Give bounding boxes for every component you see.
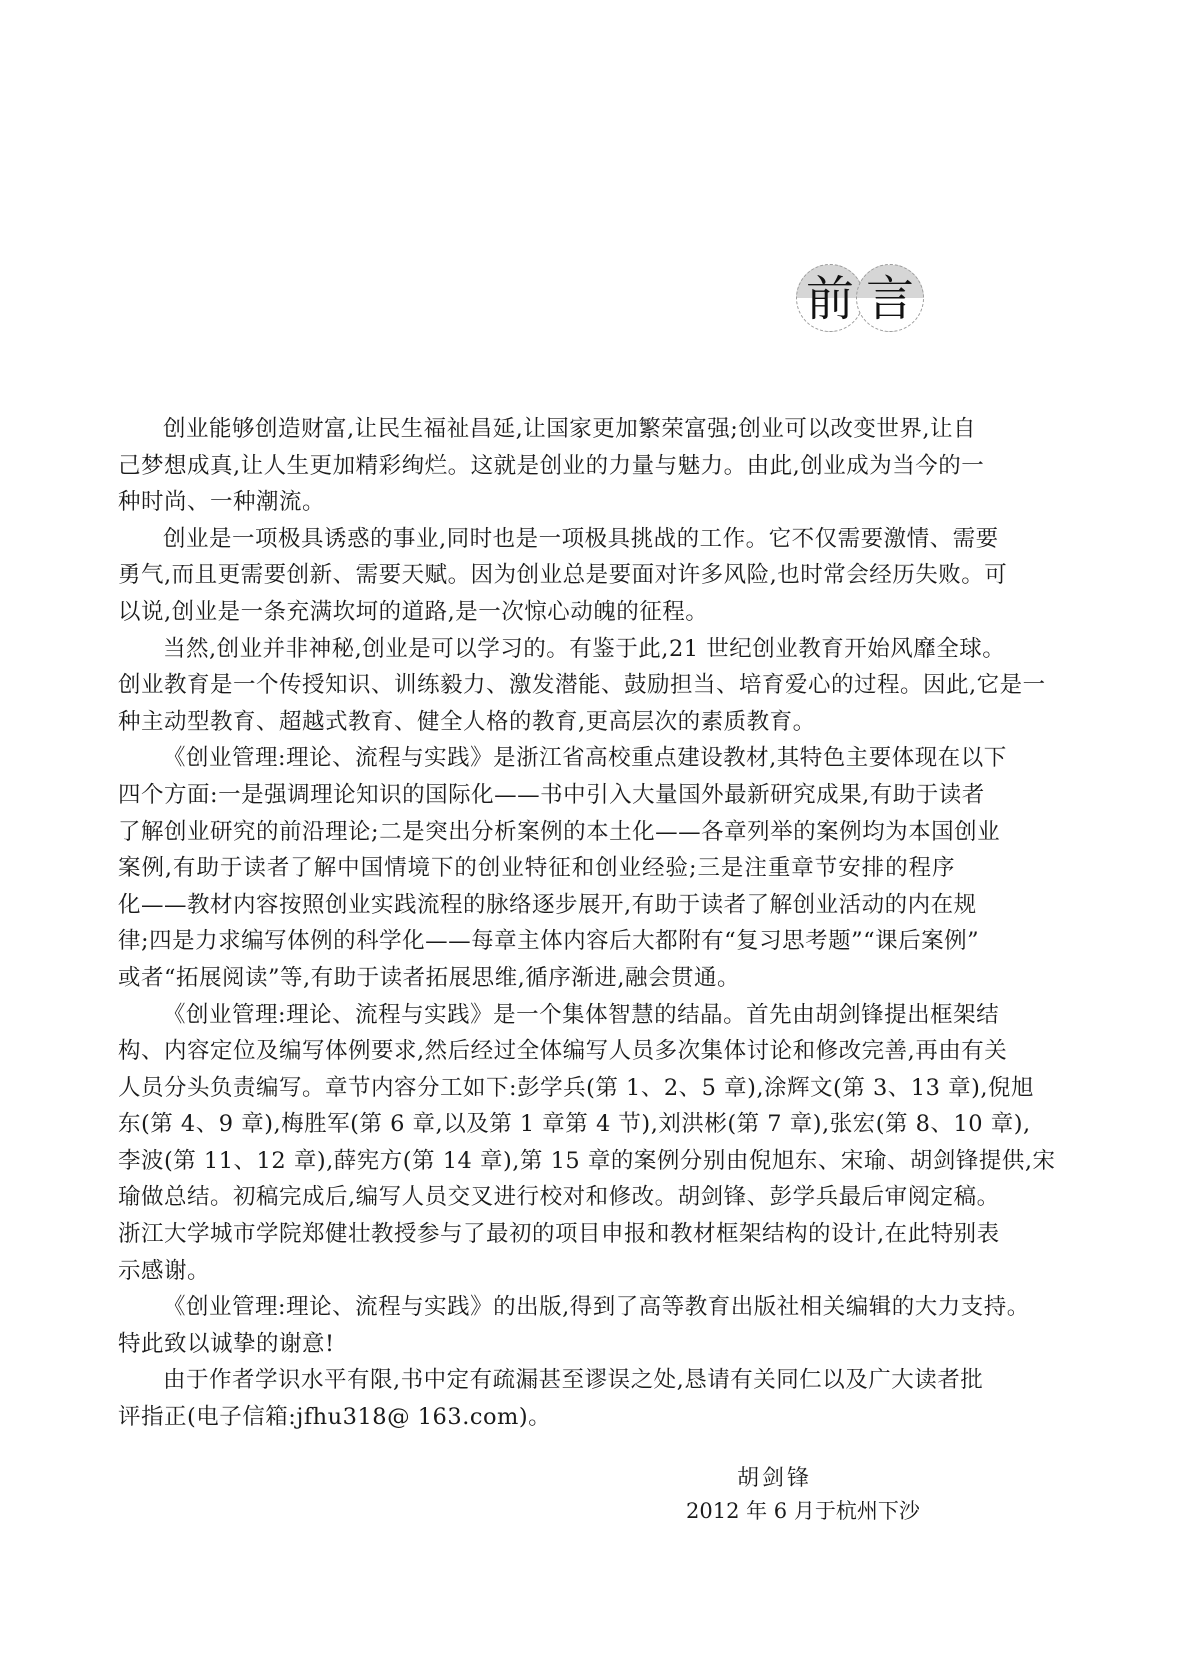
paragraph: 创业是一项极具诱惑的事业,同时也是一项极具挑战的工作。它不仅需要激情、需要 勇气… [118, 521, 955, 631]
text-line: 化——教材内容按照创业实践流程的脉络逐步展开,有助于读者了解创业活动的内在规 [118, 887, 955, 924]
text-line: 《创业管理:理论、流程与实践》是一个集体智慧的结晶。首先由胡剑锋提出框架结 [118, 997, 955, 1034]
text-line: 东(第 4、9 章),梅胜军(第 6 章,以及第 1 章第 4 节),刘洪彬(第… [118, 1106, 955, 1143]
preface-body: 创业能够创造财富,让民生福祉昌延,让国家更加繁荣富强;创业可以改变世界,让自 己… [118, 411, 955, 1436]
text-line: 浙江大学城市学院郑健壮教授参与了最初的项目申报和教材框架结构的设计,在此特别表 [118, 1216, 955, 1253]
text-line: 以说,创业是一条充满坎坷的道路,是一次惊心动魄的征程。 [118, 594, 955, 631]
text-line: 《创业管理:理论、流程与实践》是浙江省高校重点建设教材,其特色主要体现在以下 [118, 740, 955, 777]
text-line: 由于作者学识水平有限,书中定有疏漏甚至谬误之处,恳请有关同仁以及广大读者批 [118, 1362, 955, 1399]
title-char-circle: 前 [796, 264, 864, 332]
title-char: 言 [857, 271, 923, 327]
text-line: 构、内容定位及编写体例要求,然后经过全体编写人员多次集体讨论和修改完善,再由有关 [118, 1033, 955, 1070]
text-line: 四个方面:一是强调理论知识的国际化——书中引入大量国外最新研究成果,有助于读者 [118, 777, 955, 814]
paragraph: 《创业管理:理论、流程与实践》的出版,得到了高等教育出版社相关编辑的大力支持。 … [118, 1289, 955, 1362]
text-line: 了解创业研究的前沿理论;二是突出分析案例的本土化——各章列举的案例均为本国创业 [118, 814, 955, 851]
author-name: 胡剑锋 [737, 1461, 812, 1492]
text-line: 创业是一项极具诱惑的事业,同时也是一项极具挑战的工作。它不仅需要激情、需要 [118, 521, 955, 558]
text-line: 或者“拓展阅读”等,有助于读者拓展思维,循序渐进,融会贯通。 [118, 960, 955, 997]
text-line: 创业教育是一个传授知识、训练毅力、激发潜能、鼓励担当、培育爱心的过程。因此,它是… [118, 667, 955, 704]
paragraph: 《创业管理:理论、流程与实践》是一个集体智慧的结晶。首先由胡剑锋提出框架结 构、… [118, 997, 955, 1290]
text-line: 案例,有助于读者了解中国情境下的创业特征和创业经验;三是注重章节安排的程序 [118, 850, 955, 887]
text-line: 当然,创业并非神秘,创业是可以学习的。有鉴于此,21 世纪创业教育开始风靡全球。 [118, 631, 955, 668]
text-line: 律;四是力求编写体例的科学化——每章主体内容后大都附有“复习思考题”“课后案例” [118, 923, 955, 960]
text-line: 勇气,而且更需要创新、需要天赋。因为创业总是要面对许多风险,也时常会经历失败。可 [118, 557, 955, 594]
text-line: 瑜做总结。初稿完成后,编写人员交叉进行校对和修改。胡剑锋、彭学兵最后审阅定稿。 [118, 1179, 955, 1216]
paragraph: 创业能够创造财富,让民生福祉昌延,让国家更加繁荣富强;创业可以改变世界,让自 己… [118, 411, 955, 521]
preface-title: 前 言 [796, 264, 936, 342]
text-line: 李波(第 11、12 章),薛宪方(第 14 章),第 15 章的案例分别由倪旭… [118, 1143, 955, 1180]
text-line: 创业能够创造财富,让民生福祉昌延,让国家更加繁荣富强;创业可以改变世界,让自 [118, 411, 955, 448]
title-char: 前 [797, 271, 863, 327]
title-char-circle: 言 [856, 264, 924, 332]
text-line: 示感谢。 [118, 1253, 955, 1290]
text-line: 特此致以诚挚的谢意! [118, 1326, 955, 1363]
text-line: 人员分头负责编写。章节内容分工如下:彭学兵(第 1、2、5 章),涂辉文(第 3… [118, 1070, 955, 1107]
text-line: 评指正(电子信箱:jfhu318@ 163.com)。 [118, 1399, 955, 1436]
paragraph: 由于作者学识水平有限,书中定有疏漏甚至谬误之处,恳请有关同仁以及广大读者批 评指… [118, 1362, 955, 1435]
date-place: 2012 年 6 月于杭州下沙 [686, 1495, 920, 1525]
text-line: 己梦想成真,让人生更加精彩绚烂。这就是创业的力量与魅力。由此,创业成为当今的一 [118, 448, 955, 485]
text-line: 《创业管理:理论、流程与实践》的出版,得到了高等教育出版社相关编辑的大力支持。 [118, 1289, 955, 1326]
paragraph: 《创业管理:理论、流程与实践》是浙江省高校重点建设教材,其特色主要体现在以下 四… [118, 740, 955, 996]
text-line: 种时尚、一种潮流。 [118, 484, 955, 521]
paragraph: 当然,创业并非神秘,创业是可以学习的。有鉴于此,21 世纪创业教育开始风靡全球。… [118, 631, 955, 741]
text-line: 种主动型教育、超越式教育、健全人格的教育,更高层次的素质教育。 [118, 704, 955, 741]
